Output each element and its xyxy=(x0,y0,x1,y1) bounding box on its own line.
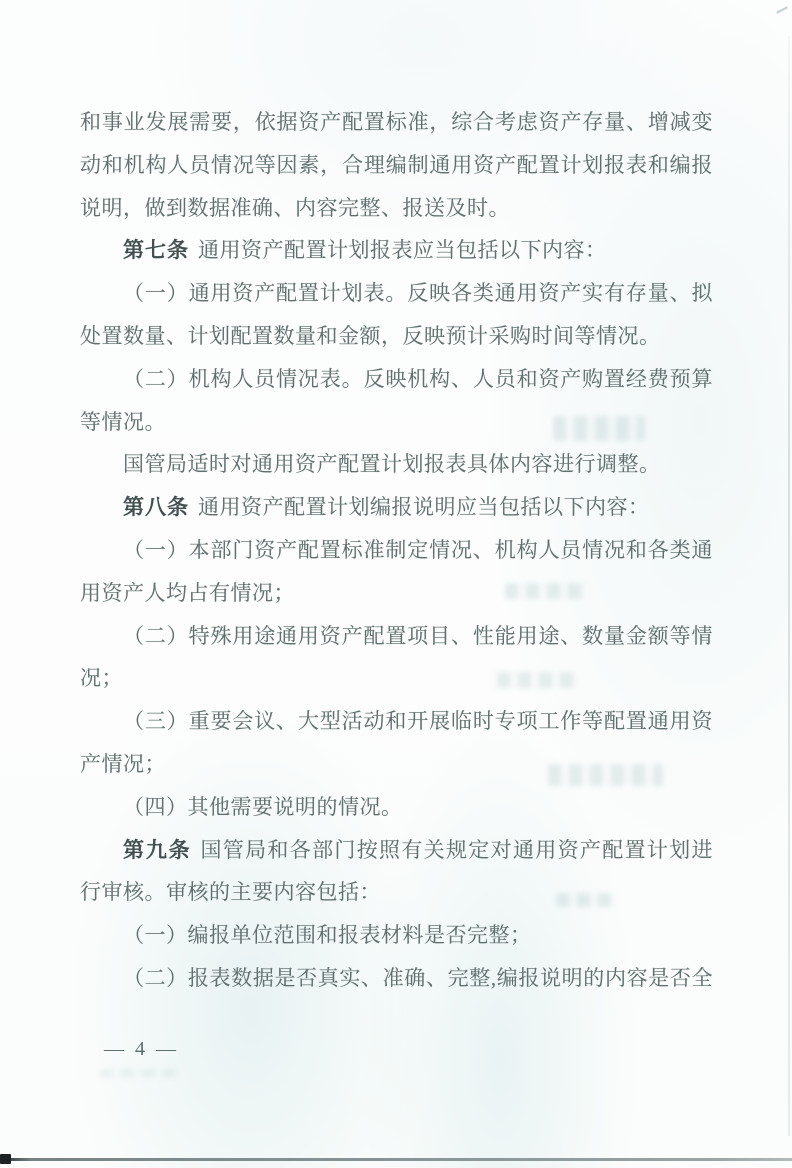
text-line-content: （一）通用资产配置计划表。反映各类通用资产实有存量、拟 xyxy=(123,281,713,305)
scan-corner-mark xyxy=(0,1154,11,1164)
article-number-label: 第九条 xyxy=(123,839,191,862)
text-line: （二）特殊用途通用资产配置项目、性能用途、数量金额等情 xyxy=(80,615,713,658)
text-line: 等情况。 xyxy=(80,401,713,444)
text-line-content: 等情况。 xyxy=(80,410,166,434)
text-line: 和事业发展需要，依据资产配置标准，综合考虑资产存量、增减变 xyxy=(80,101,713,144)
text-line: （一）编报单位范围和报表材料是否完整； xyxy=(80,914,713,957)
text-line-content: 说明，做到数据准确、内容完整、报送及时。 xyxy=(80,196,510,220)
text-line: （二）报表数据是否真实、准确、完整,编报说明的内容是否全 xyxy=(80,957,713,1000)
article-number-label: 第八条 xyxy=(123,496,189,519)
text-line-content: （二）机构人员情况表。反映机构、人员和资产购置经费预算 xyxy=(123,367,713,391)
page-number: — 4 — xyxy=(104,1036,179,1062)
article-number-label: 第七条 xyxy=(123,239,189,262)
text-line: 第七条通用资产配置计划报表应当包括以下内容： xyxy=(80,229,713,272)
text-line: （三）重要会议、大型活动和开展临时专项工作等配置通用资 xyxy=(80,700,713,743)
text-line: （二）机构人员情况表。反映机构、人员和资产购置经费预算 xyxy=(80,358,713,401)
text-line-content: 和事业发展需要，依据资产配置标准，综合考虑资产存量、增减变 xyxy=(80,110,713,134)
text-line: （四）其他需要说明的情况。 xyxy=(80,786,713,829)
scanned-document-page: 和事业发展需要，依据资产配置标准，综合考虑资产存量、增减变动和机构人员情况等因素… xyxy=(0,0,792,1168)
scan-corner-tick xyxy=(776,6,788,13)
text-line-content: （二）报表数据是否真实、准确、完整,编报说明的内容是否全 xyxy=(123,966,713,990)
text-line: 国管局适时对通用资产配置计划报表具体内容进行调整。 xyxy=(80,443,713,486)
scan-edge-bottom-line xyxy=(0,1158,792,1161)
text-line-content: （一）编报单位范围和报表材料是否完整； xyxy=(123,923,532,947)
scan-edge-right-line xyxy=(788,36,790,1136)
text-line: 动和机构人员情况等因素，合理编制通用资产配置计划报表和编报 xyxy=(80,144,713,187)
text-line-content: 况； xyxy=(80,666,123,690)
text-line-content: 通用资产配置计划报表应当包括以下内容： xyxy=(198,238,607,262)
text-line: 第八条通用资产配置计划编报说明应当包括以下内容： xyxy=(80,486,713,529)
text-line: （一）通用资产配置计划表。反映各类通用资产实有存量、拟 xyxy=(80,272,713,315)
text-line-content: 处置数量、计划配置数量和金额，反映预计采购时间等情况。 xyxy=(80,324,661,348)
text-line: 第九条国管局和各部门按照有关规定对通用资产配置计划进 xyxy=(80,829,713,872)
text-line-content: 国管局和各部门按照有关规定对通用资产配置计划进 xyxy=(200,838,713,862)
text-line: 处置数量、计划配置数量和金额，反映预计采购时间等情况。 xyxy=(80,315,713,358)
text-line: （一）本部门资产配置标准制定情况、机构人员情况和各类通 xyxy=(80,529,713,572)
text-line-content: （四）其他需要说明的情况。 xyxy=(123,795,403,819)
text-line: 产情况； xyxy=(80,743,713,786)
text-line: 说明，做到数据准确、内容完整、报送及时。 xyxy=(80,187,713,230)
text-line-content: （一）本部门资产配置标准制定情况、机构人员情况和各类通 xyxy=(123,538,713,562)
text-line-content: 通用资产配置计划编报说明应当包括以下内容： xyxy=(198,495,650,519)
text-line: 行审核。审核的主要内容包括： xyxy=(80,871,713,914)
text-line: 况； xyxy=(80,657,713,700)
text-line-content: （二）特殊用途通用资产配置项目、性能用途、数量金额等情 xyxy=(123,624,713,648)
text-line-content: 行审核。审核的主要内容包括： xyxy=(80,880,381,904)
text-line-content: 国管局适时对通用资产配置计划报表具体内容进行调整。 xyxy=(123,452,661,476)
text-line-content: 动和机构人员情况等因素，合理编制通用资产配置计划报表和编报 xyxy=(80,153,713,177)
text-line: 用资产人均占有情况； xyxy=(80,572,713,615)
ink-bleed-artifact xyxy=(100,1069,180,1077)
text-line-content: 用资产人均占有情况； xyxy=(80,581,295,605)
document-body: 和事业发展需要，依据资产配置标准，综合考虑资产存量、增减变动和机构人员情况等因素… xyxy=(80,101,713,1000)
text-line-content: 产情况； xyxy=(80,752,166,776)
text-line-content: （三）重要会议、大型活动和开展临时专项工作等配置通用资 xyxy=(123,709,713,733)
